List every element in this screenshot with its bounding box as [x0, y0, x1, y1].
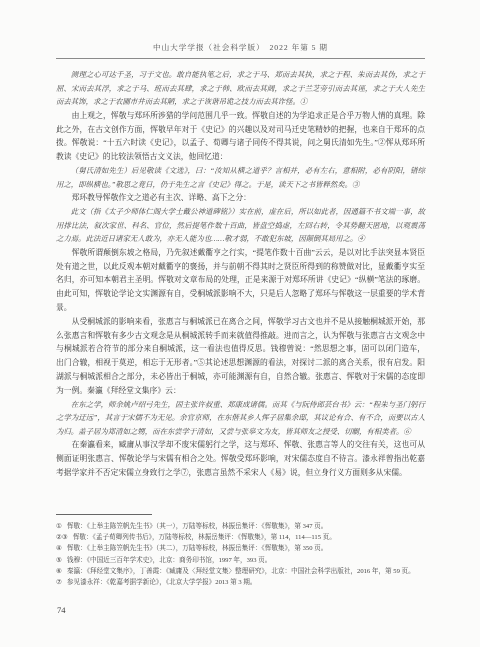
footnote-text: 恽敬：《孟子荀卿列传书后》，万陆等标校，林振岳集评：《恽敬集》，第 114，11…: [73, 532, 425, 543]
footnote-section: ① 恽敬：《上举主陈笠帆先生书》（其一），万陆等标校，林振岳集评：《恽敬集》，第…: [56, 514, 425, 588]
block-quote-2: （舅氏清如先生）后见敬读《文选》，曰：“汝知从横之道乎？言相并，必有左右，意相附…: [56, 164, 425, 191]
footnote-marker: ④: [56, 543, 67, 554]
header-divider: [56, 58, 425, 59]
block-quote-1: 测理之心可达千圣，习于文也。敢自能执笔之后，求之于马、郑而去其执，求之于程、朱而…: [56, 68, 425, 109]
footnote-text: 秦瀛：《拜经堂文集序》，丁善霞：《臧庸及〈拜经堂文集〉整理研究》，北京：中国社会…: [67, 566, 425, 577]
body-paragraph-4: 从受桐城派的影响来看，张惠言与桐城派已在离合之间，恽敬学习古文也并不是从接触桐城…: [56, 315, 425, 398]
footnote-text: 恽敬：《上举主陈笠帆先生书》（其二），万陆等标校，林振岳集评：《恽敬集》，第 3…: [67, 543, 425, 554]
footnote-4: ④ 恽敬：《上举主陈笠帆先生书》（其二），万陆等标校，林振岳集评：《恽敬集》，第…: [56, 543, 425, 554]
journal-page: 中山大学学报（社会科学版） 2022 年第 5 期 测理之心可达千圣，习于文也。…: [0, 0, 480, 647]
footnote-marker: ⑦: [56, 577, 67, 588]
footnote-2-3: ②③ 恽敬：《孟子荀卿列传书后》，万陆等标校，林振岳集评：《恽敬集》，第 114…: [56, 532, 425, 543]
footnote-7: ⑦ 参见漆永祥：《乾嘉考据学新论》，《北京大学学报》2013 第 3 期。: [56, 577, 425, 588]
footnote-marker: ⑥: [56, 566, 67, 577]
footnote-text: 钱穆：《中国近三百年学术史》，北京：商务印书馆，1997 年，393 页。: [67, 555, 425, 566]
body-paragraph-1: 由上观之，恽敬与郑环所涉猎的学问范围几乎一致。恽敬自述的为学追求正是合乎万物人情…: [56, 109, 425, 164]
footnote-marker: ②③: [56, 532, 73, 543]
footnote-text: 参见漆永祥：《乾嘉考据学新论》，《北京大学学报》2013 第 3 期。: [67, 577, 425, 588]
body-paragraph-3: 恽敬所谓颠倒东坡之格局，乃先叙述戴衢亨之行实，“提笔作数十百曲”云云，是以对比手…: [56, 246, 425, 315]
body-paragraph-2: 郑环教导恽敬作文之道必有主次、详略、高下之分：: [56, 191, 425, 205]
block-quote-4: 在东之学，师余姚卢绍弓先生，固主张许叔重、郑康成诸儒。而其《与阮侍郎芸台书》云：…: [56, 398, 425, 439]
block-quote-3: 此文（指《太子少师体仁阁大学士戴公神道碑铭》）实在前，虚在后，所以如此者，因通篇…: [56, 205, 425, 246]
journal-header: 中山大学学报（社会科学版） 2022 年第 5 期: [56, 42, 425, 53]
footnote-marker: ①: [56, 521, 67, 532]
footnote-1: ① 恽敬：《上举主陈笠帆先生书》（其一），万陆等标校，林振岳集评：《恽敬集》，第…: [56, 521, 425, 532]
footnote-divider: [56, 514, 152, 515]
page-content: 中山大学学报（社会科学版） 2022 年第 5 期 测理之心可达千圣，习于文也。…: [56, 42, 425, 480]
page-number: 74: [57, 605, 66, 615]
footnote-5: ⑤ 钱穆：《中国近三百年学术史》，北京：商务印书馆，1997 年，393 页。: [56, 555, 425, 566]
footnote-text: 恽敬：《上举主陈笠帆先生书》（其一），万陆等标校，林振岳集评：《恽敬集》，第 3…: [67, 521, 425, 532]
footnote-6: ⑥ 秦瀛：《拜经堂文集序》，丁善霞：《臧庸及〈拜经堂文集〉整理研究》，北京：中国…: [56, 566, 425, 577]
body-paragraph-5: 在秦瀛看来，臧庸从事汉学却不废宋儒躬行之学，这与郑环、恽敬、张惠言等人的交往有关…: [56, 438, 425, 479]
footnote-marker: ⑤: [56, 555, 67, 566]
